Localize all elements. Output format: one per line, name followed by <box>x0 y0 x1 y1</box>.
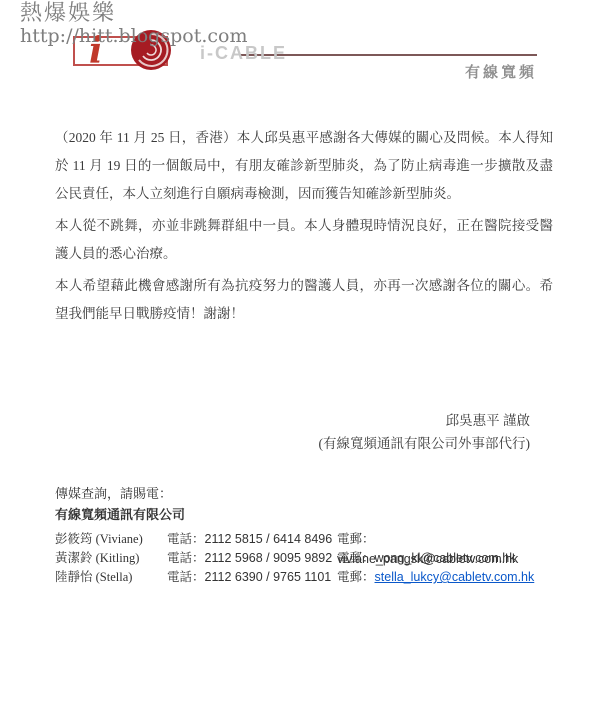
contact-row: 陸靜怡 (Stella) 電話：2112 6390 / 9765 1101 電郵… <box>55 567 555 586</box>
media-contact-block: 傳媒查詢，請賜電： 有線寬頻通訊有限公司 彭筱筠 (Viviane) 電話：21… <box>55 484 555 586</box>
contact-email: 電郵：stella_lukcy@cabletv.com.hk <box>337 567 555 587</box>
email-link[interactable]: stella_lukcy@cabletv.com.hk <box>375 570 535 584</box>
contact-name: 彭筱筠 (Viviane) <box>55 529 167 549</box>
signature-company: (有線寬頻通訊有限公司外事部代行) <box>319 432 531 455</box>
signature-block: 邱吳惠平 謹啟 (有線寬頻通訊有限公司外事部代行) <box>319 409 531 455</box>
paragraph-1: （2020 年 11 月 25 日，香港）本人邱吳惠平感謝各大傳媒的關心及問候。… <box>55 124 553 208</box>
signature-name: 邱吳惠平 謹啟 <box>319 409 531 432</box>
watermark-title: 熱爆娛樂 <box>20 2 247 26</box>
contact-row: 黃潔鈴 (Kitling) 電話：2112 5968 / 9095 9892 電… <box>55 548 555 567</box>
contact-name: 陸靜怡 (Stella) <box>55 567 167 587</box>
contact-name: 黃潔鈴 (Kitling) <box>55 548 167 568</box>
press-release-page: { "watermark": { "line1": "熱爆娛樂", "line2… <box>0 0 608 703</box>
company-name-chinese: 有線寬頻 <box>465 61 537 82</box>
contact-company: 有線寬頻通訊有限公司 <box>55 505 555 525</box>
paragraph-3: 本人希望藉此機會感謝所有為抗疫努力的醫護人員，亦再一次感謝各位的關心。希望我們能… <box>55 272 553 328</box>
watermark: 熱爆娛樂 http://hitt.blogspot.com <box>20 2 247 47</box>
watermark-url: http://hitt.blogspot.com <box>20 26 247 47</box>
contact-phone: 電話：2112 5815 / 6414 8496 <box>167 529 337 549</box>
contact-phone: 電話：2112 6390 / 9765 1101 <box>167 567 337 587</box>
contact-intro: 傳媒查詢，請賜電： <box>55 484 555 504</box>
contact-row: 彭筱筠 (Viviane) 電話：2112 5815 / 6414 8496 電… <box>55 529 555 548</box>
paragraph-2: 本人從不跳舞，亦並非跳舞群組中一員。本人身體現時情況良好，正在醫院接受醫護人員的… <box>55 212 553 268</box>
contact-email: 電郵：wong_kl@cabletv.com.hk <box>337 548 555 568</box>
contact-phone: 電話：2112 5968 / 9095 9892 <box>167 548 337 568</box>
statement-body: （2020 年 11 月 25 日，香港）本人邱吳惠平感謝各大傳媒的關心及問候。… <box>55 124 553 332</box>
